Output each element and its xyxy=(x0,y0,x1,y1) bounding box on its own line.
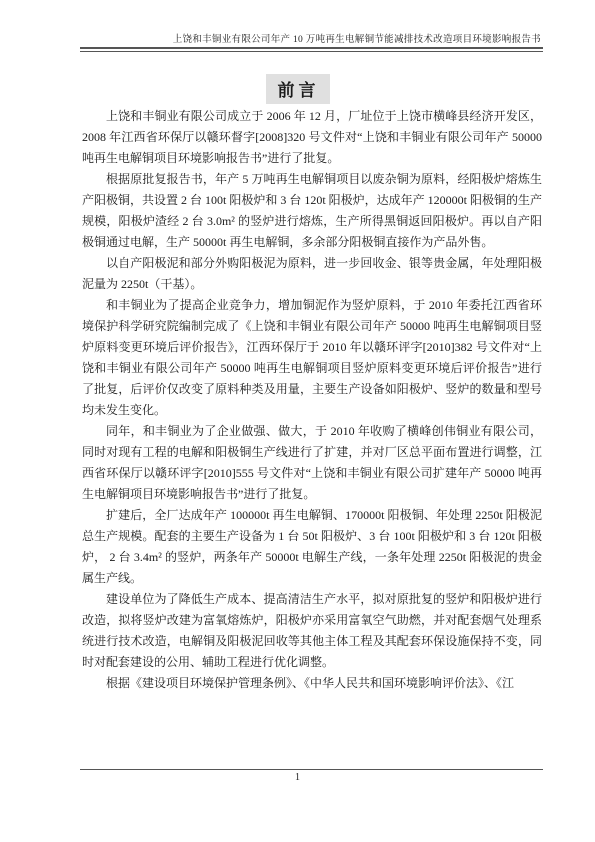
body-paragraph: 以自产阳极泥和部分外购阳极泥为原料，进一步回收金、银等贵金属，年处理阳极泥量为 … xyxy=(82,253,542,295)
footer-divider xyxy=(80,769,543,770)
page-number: 1 xyxy=(0,772,595,783)
body-paragraph: 和丰铜业为了提高企业竞争力，增加铜泥作为竖炉原料，于 2010 年委托江西省环境… xyxy=(82,295,542,421)
report-page: 上饶和丰铜业有限公司年产 10 万吨再生电解铜节能减排技术改造项目环境影响报告书… xyxy=(0,0,595,842)
body-paragraph: 建设单位为了降低生产成本、提高清洁生产水平，拟对原批复的竖炉和阳极炉进行改造，拟… xyxy=(82,589,542,673)
section-title-row: 前言 xyxy=(0,74,595,104)
body-paragraph: 上饶和丰铜业有限公司成立于 2006 年 12 月，厂址位于上饶市横峰县经济开发… xyxy=(82,106,542,169)
header-divider xyxy=(80,47,543,52)
body-paragraph: 同年，和丰铜业为了企业做强、做大，于 2010 年收购了横峰创伟铜业有限公司，同… xyxy=(82,421,542,505)
document-body: 上饶和丰铜业有限公司成立于 2006 年 12 月，厂址位于上饶市横峰县经济开发… xyxy=(82,106,542,768)
page-header-title: 上饶和丰铜业有限公司年产 10 万吨再生电解铜节能减排技术改造项目环境影响报告书 xyxy=(84,31,541,45)
body-paragraph: 根据《建设项目环境保护管理条例》、《中华人民共和国环境影响评价法》、《江 xyxy=(82,673,542,694)
section-title: 前言 xyxy=(266,74,330,104)
body-paragraph: 根据原批复报告书，年产 5 万吨再生电解铜项目以废杂铜为原料，经阳极炉熔炼生产阳… xyxy=(82,169,542,253)
body-paragraph: 扩建后，全厂达成年产 100000t 再生电解铜、170000t 阳极铜、年处理… xyxy=(82,505,542,589)
